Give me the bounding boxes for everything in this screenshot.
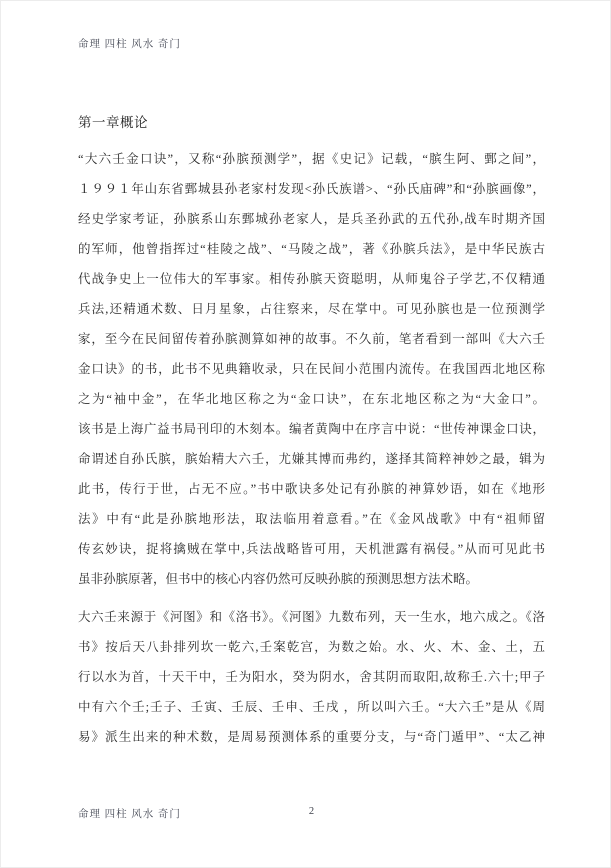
text-line: 代战争史上一位伟大的军事家。相传孙膑天资聪明，从师鬼谷子学艺,不仅精通: [78, 264, 545, 294]
document-page: 命理 四柱 风水 奇门 第一章概论 “大六壬金口诀”，又称“孙膑预测学”，据《史…: [0, 0, 611, 868]
text-line: 大六壬来源于《河图》和《洛书》。《河图》九数布列，天一生水，地六成之。《洛: [78, 602, 545, 632]
page-header: 命理 四柱 风水 奇门: [78, 36, 545, 51]
paragraph-2: 大六壬来源于《河图》和《洛书》。《河图》九数布列，天一生水，地六成之。《洛 书》…: [78, 602, 545, 752]
text-line: “大六壬金口诀”，又称“孙膑预测学”，据《史记》记载，“膑生阿、鄄之间”，: [78, 144, 545, 174]
text-line: 命谓述自孙氏膑，膑始精大六壬，尤嫌其博而弗约，遂择其简粹神妙之最，辑为: [78, 444, 545, 474]
text-line: 法》中有“此是孙膑地形法，取法临用着意看。”在《金风战歌》中有“祖师留: [78, 504, 545, 534]
text-line: 行以水为首，十天干中，壬为阳水，癸为阴水，舍其阴而取阳,故称壬.六十;甲子: [78, 662, 545, 692]
text-line: 该书是上海广益书局刊印的木刻本。编者黄陶中在序言中说：“世传神课金口诀，: [78, 414, 545, 444]
page-title: 第一章概论: [78, 111, 148, 131]
text-line: １９９１年山东省鄄城县孙老家村发现<孙氏族谱>、“孙氏庙碑”和“孙膑画像”，: [78, 174, 545, 204]
text-line: 金口诀》的书，此书不见典籍收录，只在民间小范围内流传。在我国西北地区称: [78, 354, 545, 384]
document-body: “大六壬金口诀”，又称“孙膑预测学”，据《史记》记载，“膑生阿、鄄之间”， １９…: [78, 144, 545, 752]
text-line: 书》按后天八卦排列坎一乾六,壬案乾宫，为数之始。水、火、木、金、土，五: [78, 632, 545, 662]
text-line: 虽非孙膑原著，但书中的核心内容仍然可反映孙膑的预测思想方法术略。: [78, 564, 545, 594]
text-line: 传玄妙诀，捉将擒贼在掌中,兵法战略皆可用，天机泄露有祸侵。”从而可见此书: [78, 534, 545, 564]
page-number: 2: [78, 806, 545, 817]
text-line: 此书，传行于世，占无不应。”书中歌诀多处记有孙膑的神算妙语，如在《地形: [78, 474, 545, 504]
text-line: 兵法,还精通术数、日月星象，占往察来，尽在掌中。可见孙膑也是一位预测学: [78, 294, 545, 324]
text-line: 的军师，他曾指挥过“桂陵之战”、“马陵之战”，著《孙膑兵法》，是中华民族古: [78, 234, 545, 264]
text-line: 易》派生出来的种术数，是周易预测体系的重要分支，与“奇门遁甲”、“太乙神: [78, 722, 545, 752]
paragraph-1: “大六壬金口诀”，又称“孙膑预测学”，据《史记》记载，“膑生阿、鄄之间”， １９…: [78, 144, 545, 594]
text-line: 经史学家考证，孙膑系山东鄄城孙老家人，是兵圣孙武的五代孙,战车时期齐国: [78, 204, 545, 234]
header-text: 命理 四柱 风水 奇门: [78, 39, 181, 50]
text-line: 之为“袖中金”，在华北地区称之为“金口诀”，在东北地区称之为“大金口”。: [78, 384, 545, 414]
text-line: 家，至今在民间留传着孙膑测算如神的故事。不久前，笔者看到一部叫《大六壬: [78, 324, 545, 354]
text-line: 中有六个壬;壬子、壬寅、壬辰、壬申、壬戌 ，所以叫六壬。“大六壬”是从《周: [78, 692, 545, 722]
